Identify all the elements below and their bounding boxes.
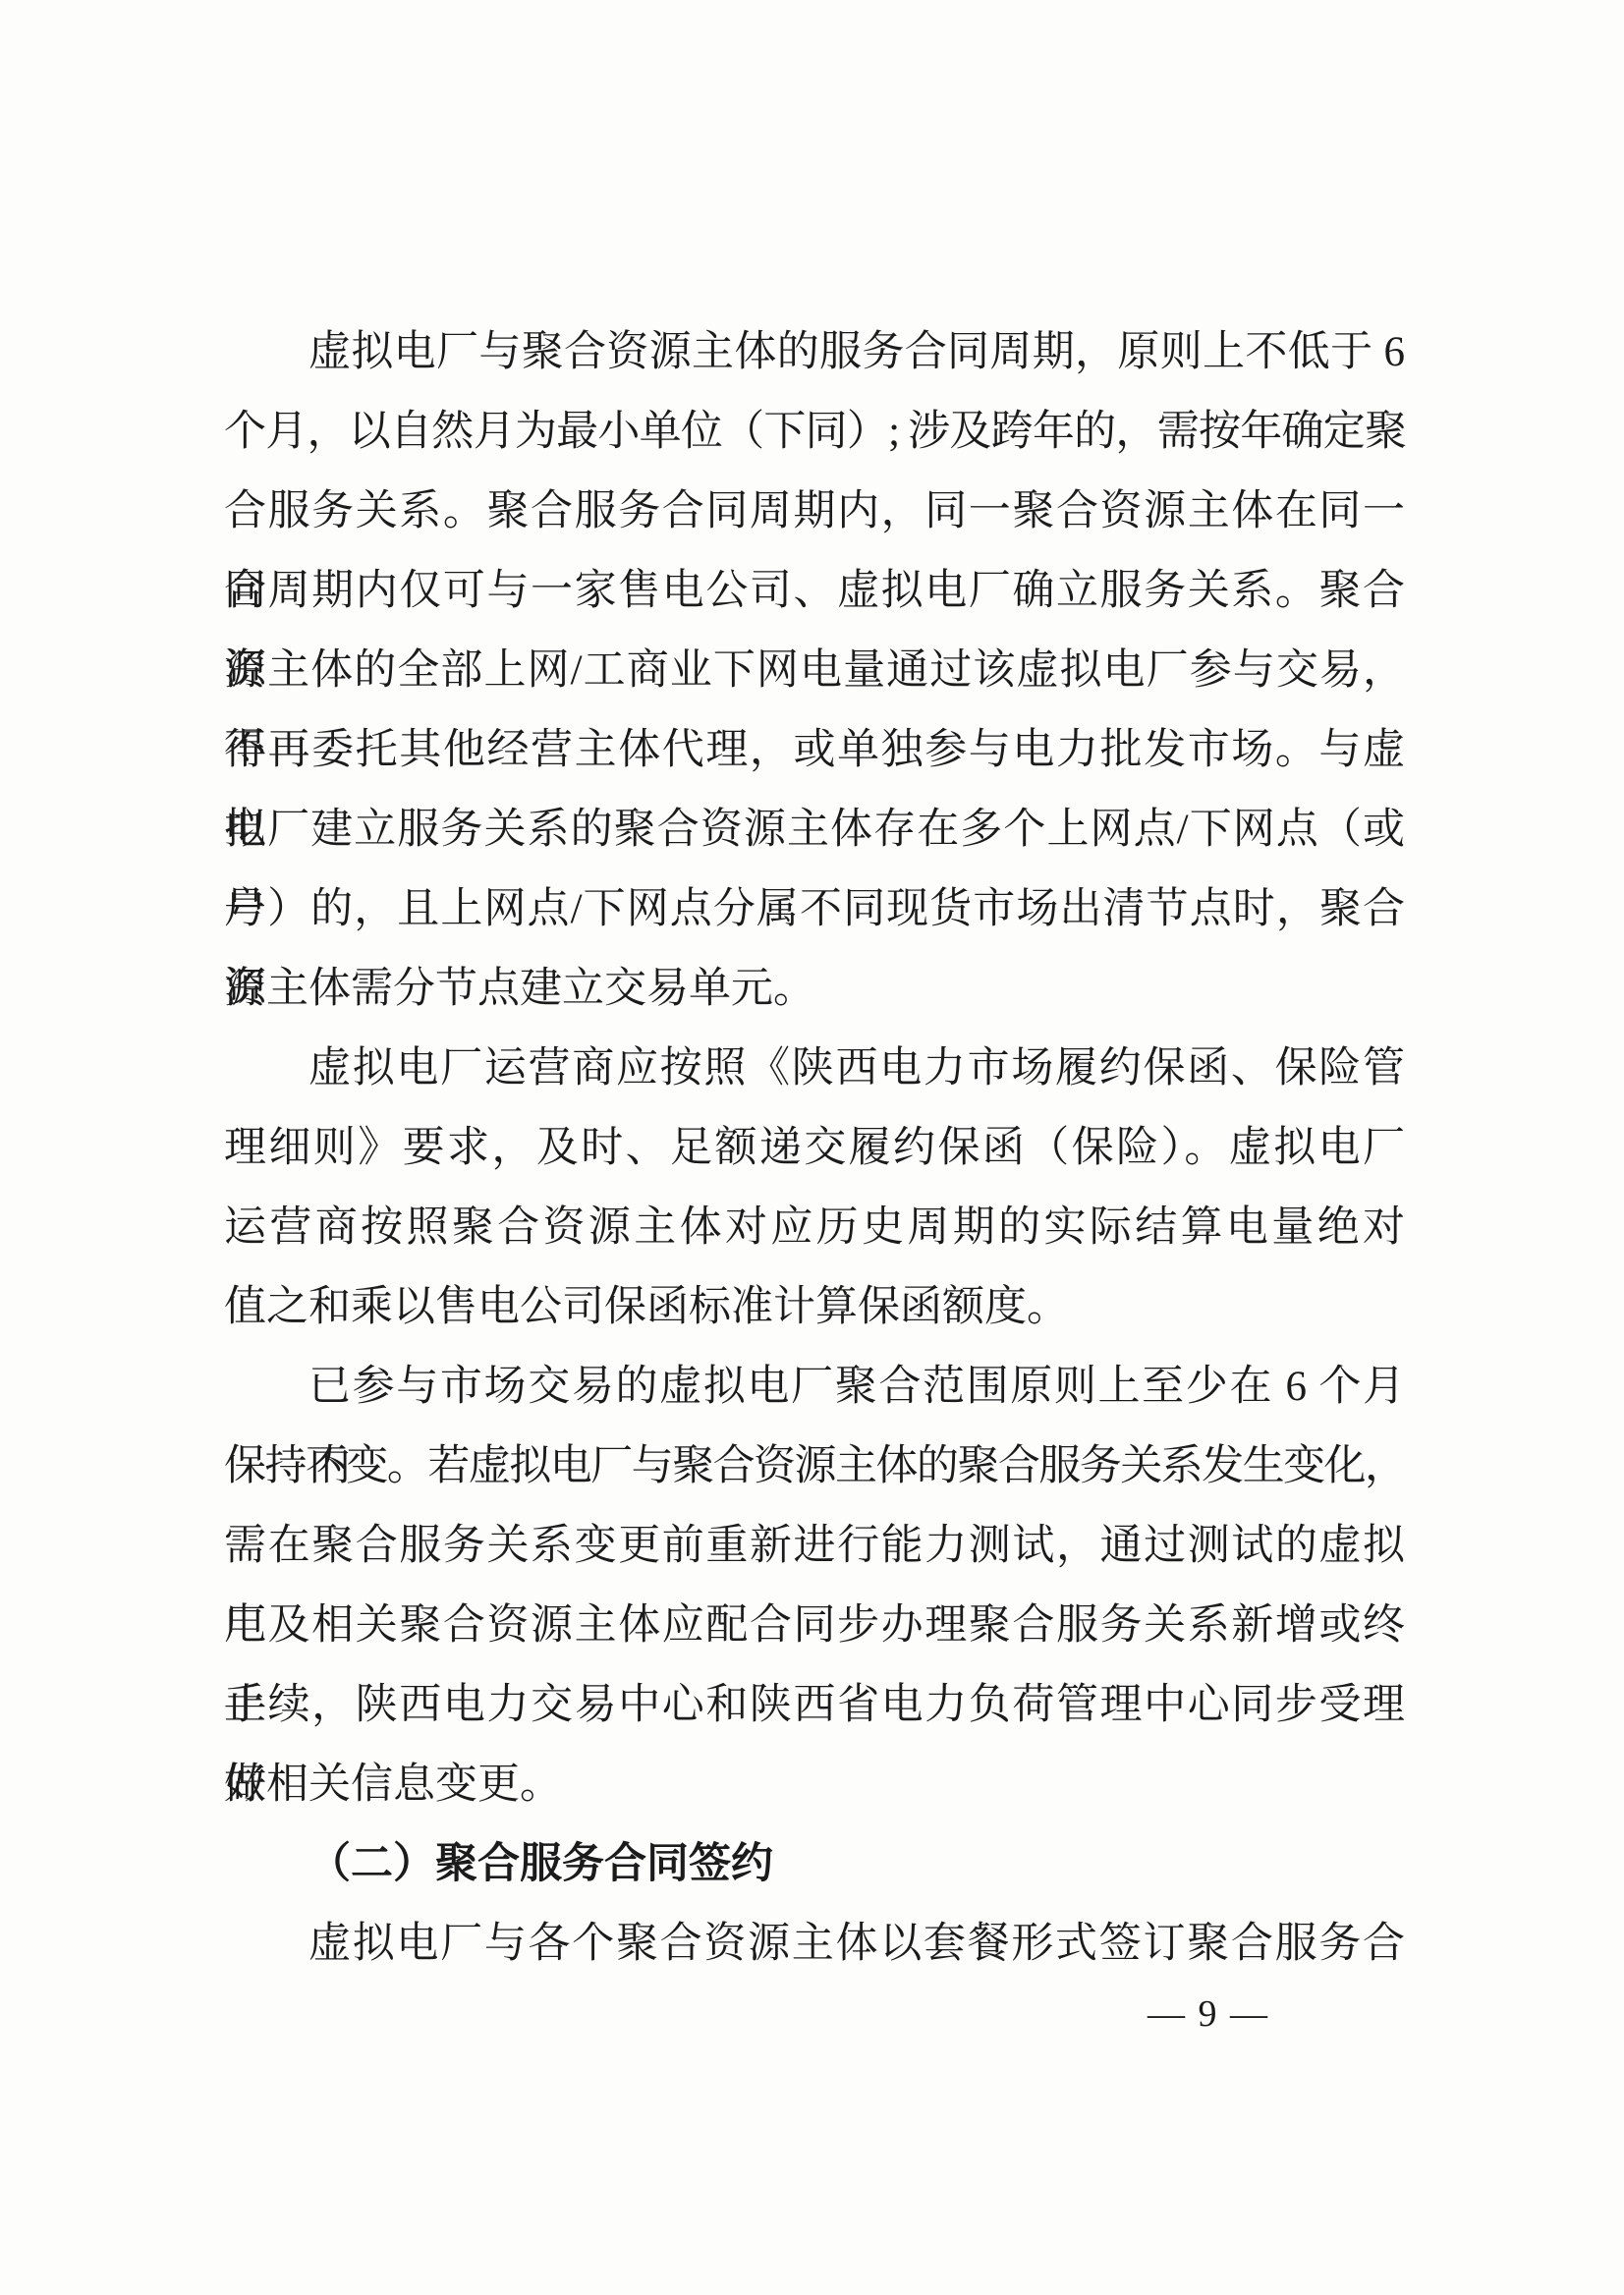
text-line: 手续，陕西电力交易中心和陕西省电力负荷管理中心同步受理做 <box>224 1665 1405 1745</box>
text-line: 合服务关系。聚合服务合同周期内，同一聚合资源主体在同一合 <box>224 472 1405 551</box>
text-line: 虚拟电厂运营商应按照《陕西电力市场履约保函、保险管 <box>224 1029 1405 1108</box>
text-line: 理细则》要求，及时、足额递交履约保函（保险）。虚拟电厂 <box>224 1108 1405 1188</box>
section-heading: （二）聚合服务合同签约 <box>224 1824 1405 1904</box>
text-line: 好相关信息变更。 <box>224 1745 1405 1824</box>
text-line: 源主体的全部上网/工商业下网电量通过该虚拟电厂参与交易，不 <box>224 631 1405 710</box>
text-line: 电厂建立服务关系的聚合资源主体存在多个上网点/下网点（或户 <box>224 790 1405 869</box>
text-line: 得再委托其他经营主体代理，或单独参与电力批发市场。与虚拟 <box>224 710 1405 790</box>
text-line: 虚拟电厂与聚合资源主体的服务合同周期，原则上不低于 6 <box>224 312 1405 392</box>
body-text: 虚拟电厂与聚合资源主体的服务合同周期，原则上不低于 6 个月，以自然月为最小单位… <box>224 312 1405 1984</box>
text-line: 源主体需分节点建立交易单元。 <box>224 949 1405 1029</box>
text-line: 已参与市场交易的虚拟电厂聚合范围原则上至少在 6 个月内 <box>224 1347 1405 1427</box>
text-line: 保持不变。若虚拟电厂与聚合资源主体的聚合服务关系发生变化， <box>224 1427 1405 1506</box>
text-line: 厂及相关聚合资源主体应配合同步办理聚合服务关系新增或终止 <box>224 1586 1405 1665</box>
text-line: 同周期内仅可与一家售电公司、虚拟电厂确立服务关系。聚合资 <box>224 551 1405 631</box>
document-page: 虚拟电厂与聚合资源主体的服务合同周期，原则上不低于 6 个月，以自然月为最小单位… <box>0 0 1624 2295</box>
text-line: 虚拟电厂与各个聚合资源主体以套餐形式签订聚合服务合 <box>224 1904 1405 1984</box>
page-number: — 9 — <box>1148 1992 1269 2036</box>
text-line: 个月，以自然月为最小单位（下同）; 涉及跨年的，需按年确定聚 <box>224 392 1405 472</box>
text-line: 需在聚合服务关系变更前重新进行能力测试，通过测试的虚拟电 <box>224 1506 1405 1586</box>
text-line: 运营商按照聚合资源主体对应历史周期的实际结算电量绝对 <box>224 1188 1405 1267</box>
text-line: 号）的，且上网点/下网点分属不同现货市场出清节点时，聚合资 <box>224 869 1405 949</box>
text-line: 值之和乘以售电公司保函标准计算保函额度。 <box>224 1267 1405 1347</box>
